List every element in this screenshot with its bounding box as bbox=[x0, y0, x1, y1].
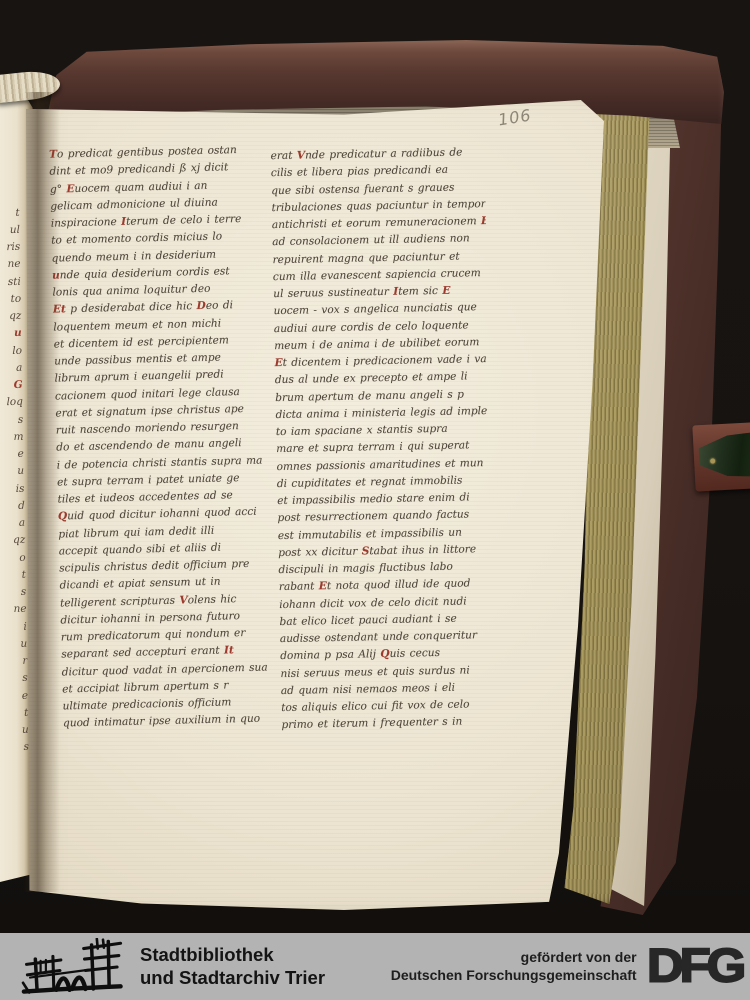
manuscript-fragment: lo bbox=[0, 342, 22, 360]
porta-nigra-sketch-icon bbox=[16, 938, 132, 996]
manuscript-line: primo et iterum i frequenter s in bbox=[281, 713, 495, 734]
manuscript-fragment: G bbox=[0, 377, 23, 395]
manuscript-fragment: sti bbox=[0, 273, 21, 291]
manuscript-page: 106 To predicat gentibus postea ostandin… bbox=[26, 100, 604, 910]
manuscript-fragment: a bbox=[1, 515, 25, 533]
manuscript-fragment: s bbox=[2, 584, 26, 602]
dfg-logo: DFG bbox=[647, 943, 748, 990]
funding-credit: gefördert von der Deutschen Forschungsge… bbox=[391, 949, 637, 984]
institution-name-line1: Stadtbibliothek bbox=[140, 944, 325, 967]
manuscript-fragment: to bbox=[0, 291, 21, 309]
institution-name-line2: und Stadtarchiv Trier bbox=[140, 967, 325, 990]
manuscript-fragment: t bbox=[0, 204, 20, 222]
manuscript-fragment: d bbox=[1, 498, 25, 516]
manuscript-fragment: a bbox=[0, 360, 22, 378]
funding-credit-line2: Deutschen Forschungsgemeinschaft bbox=[391, 967, 637, 985]
book-clasp bbox=[692, 423, 750, 492]
manuscript-fragment: loq bbox=[0, 394, 23, 412]
manuscript-fragment: qz bbox=[0, 308, 22, 326]
manuscript-fragment bbox=[0, 170, 19, 188]
manuscript-fragment: ris bbox=[0, 239, 20, 257]
manuscript-fragment: e bbox=[0, 446, 24, 464]
digitized-manuscript-viewer: tulrisnestitoqzuloaGloqsmeuisdaqzotsneiu… bbox=[0, 0, 750, 1000]
manuscript-fragment: qz bbox=[1, 532, 25, 550]
manuscript-fragment: u bbox=[0, 463, 24, 481]
manuscript-photo: tulrisnestitoqzuloaGloqsmeuisdaqzotsneiu… bbox=[0, 0, 750, 933]
manuscript-column-right: erat Vnde predicatur a radiibus decilis … bbox=[270, 144, 495, 735]
manuscript-fragment: o bbox=[2, 549, 26, 567]
manuscript-fragment: t bbox=[2, 567, 26, 585]
manuscript-fragment: is bbox=[0, 480, 24, 498]
manuscript-line: quod intimatur ipse auxilium in quo bbox=[63, 711, 269, 733]
institution-name: Stadtbibliothek und Stadtarchiv Trier bbox=[140, 944, 325, 989]
manuscript-fragment: m bbox=[0, 429, 24, 447]
clasp-metal-fitting bbox=[698, 433, 750, 480]
funding-credit-line1: gefördert von der bbox=[391, 949, 637, 967]
manuscript-column-left: To predicat gentibus postea ostandint et… bbox=[49, 142, 269, 733]
manuscript-fragment bbox=[0, 187, 19, 205]
gutter-fold-shadow bbox=[24, 92, 60, 892]
manuscript-fragment: u bbox=[0, 325, 22, 343]
manuscript-fragment: s bbox=[0, 411, 23, 429]
manuscript-fragment: ne bbox=[0, 256, 21, 274]
folio-number: 106 bbox=[497, 105, 533, 129]
institution-banner: Stadtbibliothek und Stadtarchiv Trier ge… bbox=[0, 933, 750, 1000]
manuscript-fragment: ul bbox=[0, 222, 20, 240]
